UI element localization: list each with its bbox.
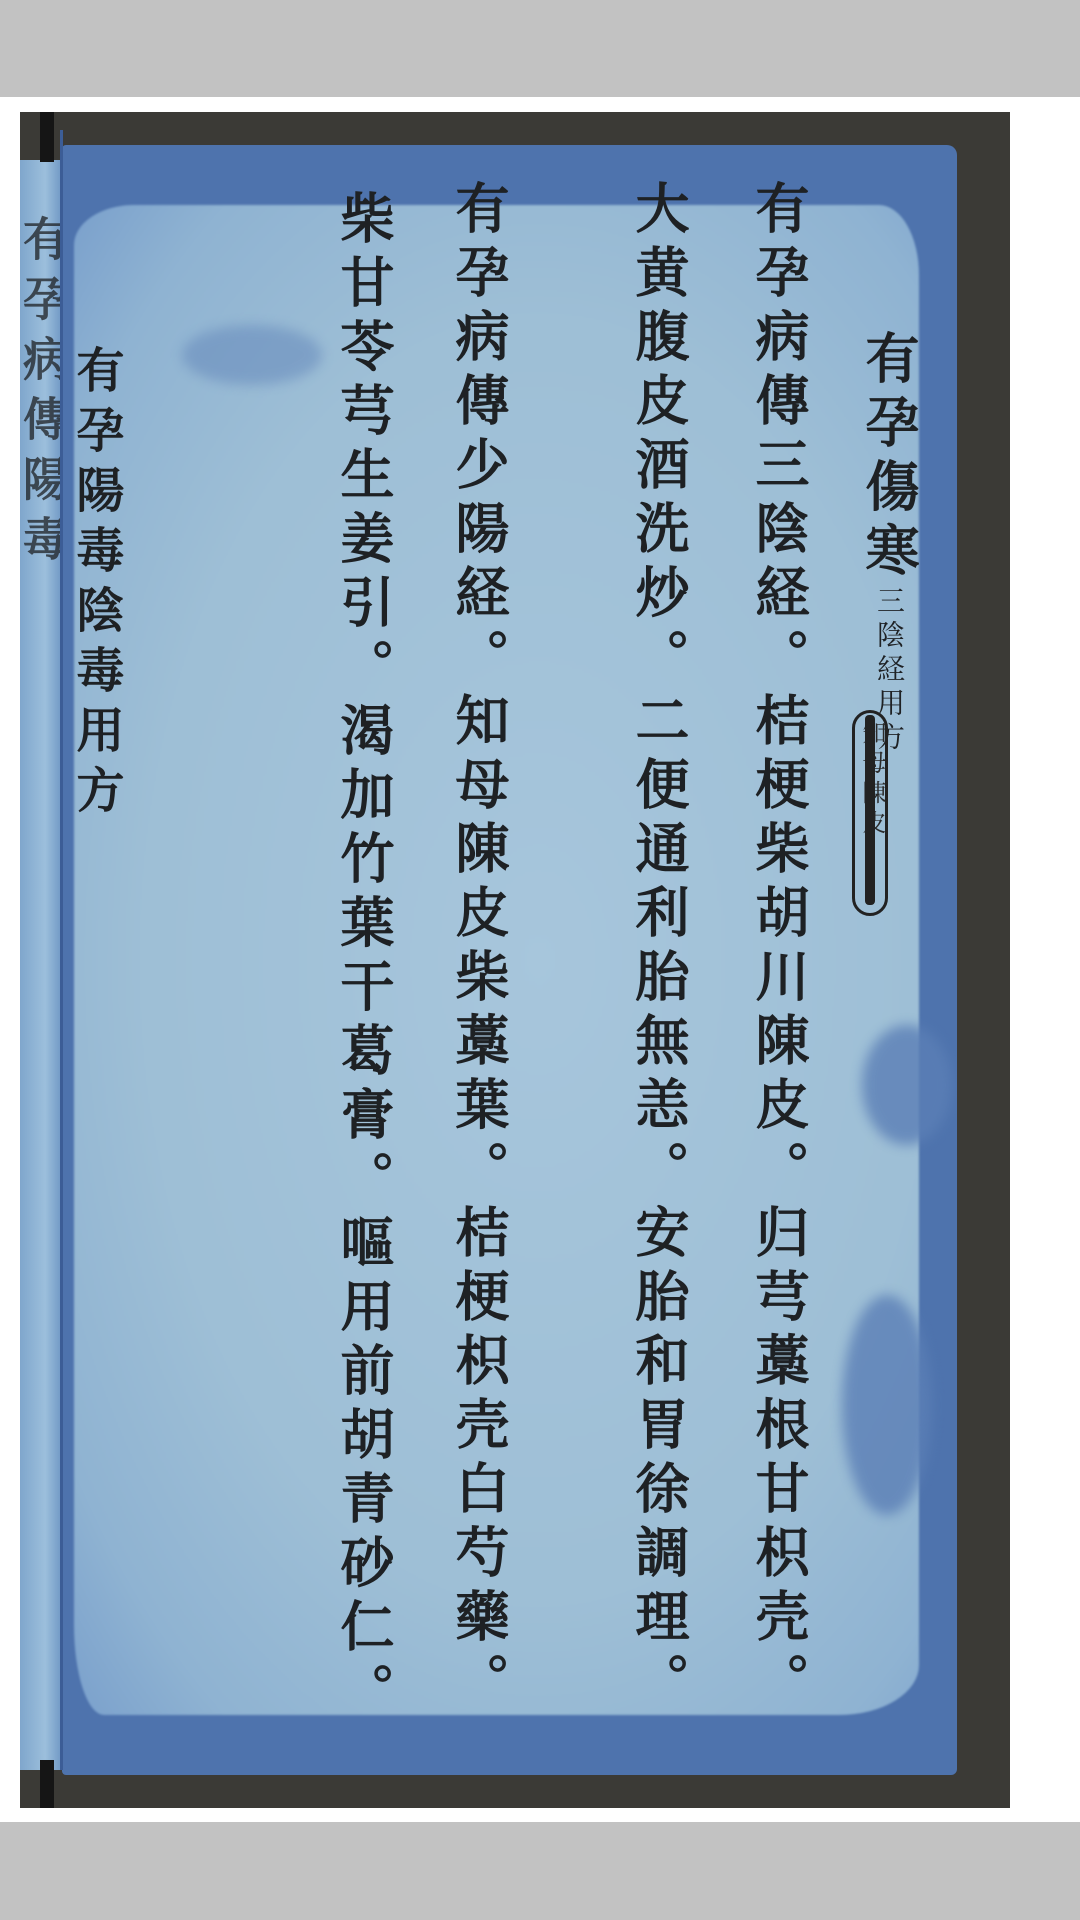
column-5: 柴甘苓芎生姜引。渴加竹葉干葛膏。嘔用前胡青砂仁。: [337, 190, 391, 1726]
column-4: 有孕病傳少陽経。知母陳皮柴藁葉。桔梗枳壳白芍藥。: [452, 180, 506, 1716]
right-margin: [1010, 97, 1080, 1822]
heading-text: 有孕傷寒: [857, 330, 921, 586]
spine-bottom: [40, 1760, 54, 1808]
column-2: 有孕病傳三陰経。桔梗柴胡川陳皮。归芎藁根甘枳壳。: [752, 180, 806, 1716]
bottom-margin: [0, 1808, 1080, 1822]
ink-stain: [182, 325, 322, 385]
strike-loop: [852, 710, 888, 916]
column-1-heading: 有孕傷寒三陰経用方: [862, 330, 916, 756]
column-6-heading: 有孕陽毒陰毒用方: [72, 345, 120, 825]
spine-top: [40, 112, 54, 162]
column-3: 大黄腹皮酒洗炒。二便通利胎無恙。安胎和胃徐調理。: [632, 180, 686, 1716]
manuscript-page: 有孕傷寒三陰経用方 有孕病傳三陰経。桔梗柴胡川陳皮。归芎藁根甘枳壳。 知母陳皮 …: [62, 145, 957, 1775]
ink-stain: [842, 1295, 932, 1515]
binding-line: [60, 130, 63, 1770]
ink-stain: [862, 1025, 952, 1145]
top-margin: [0, 97, 1080, 112]
